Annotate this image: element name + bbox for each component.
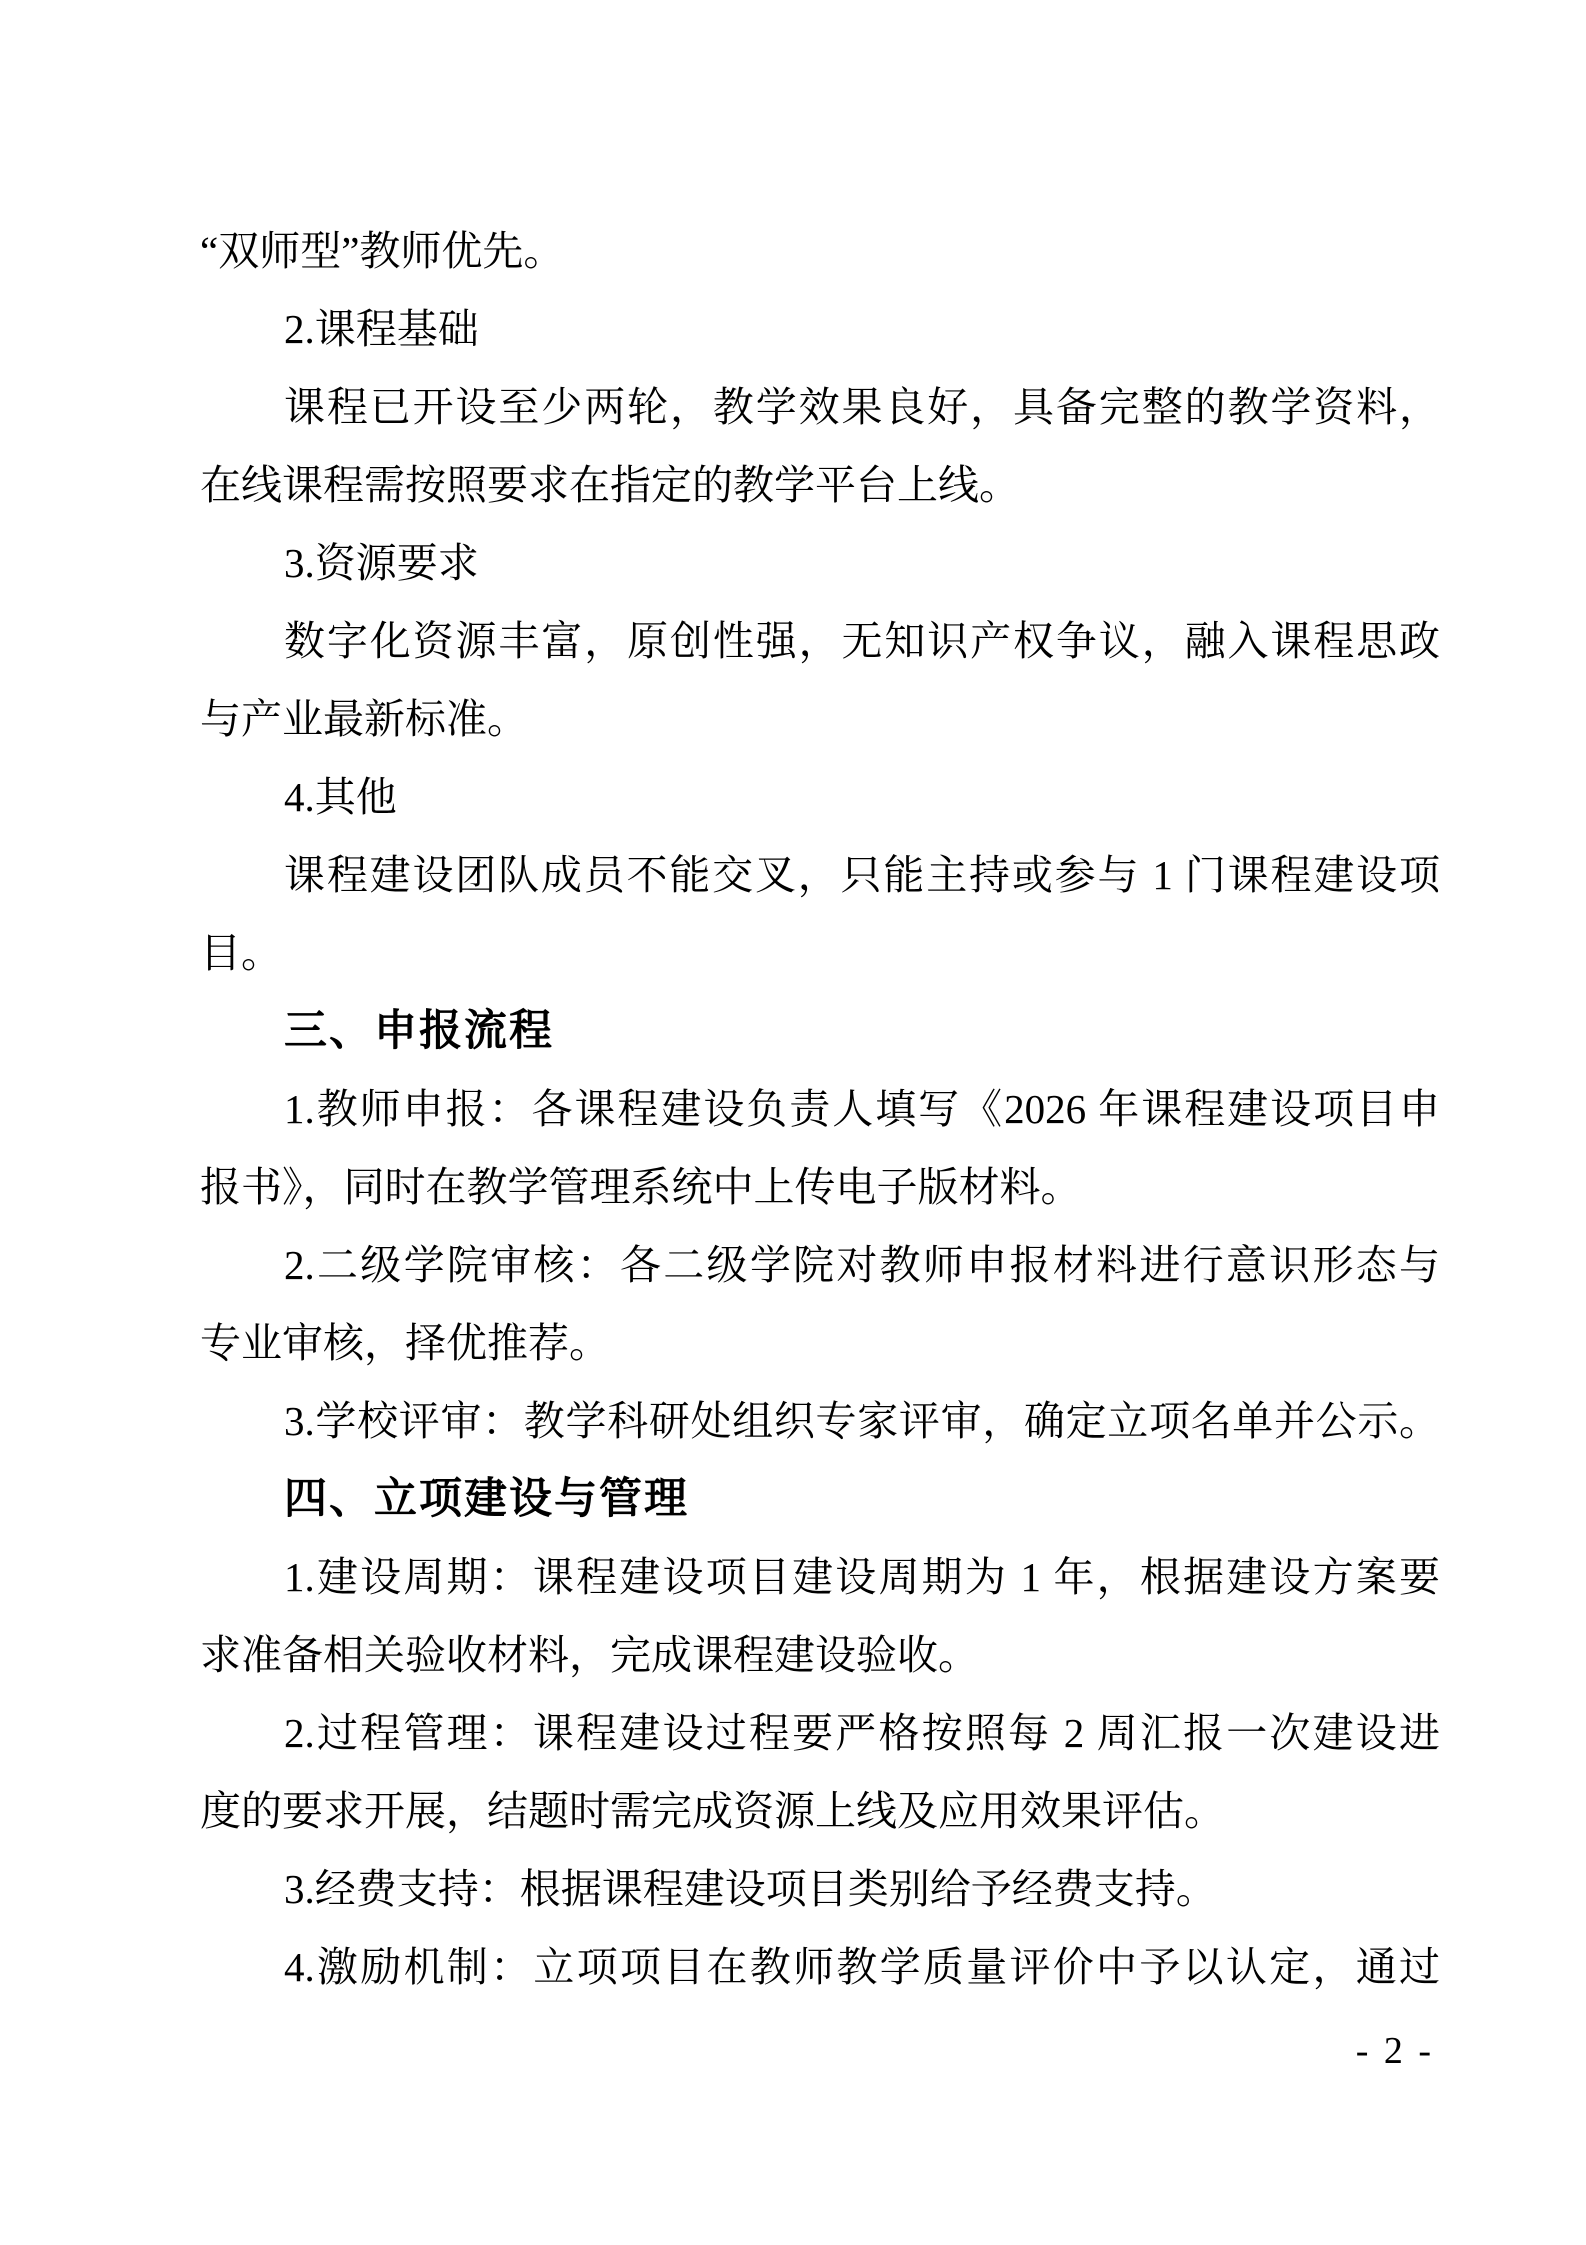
document-line: 报书》，同时在教学管理系统中上传电子版材料。: [200, 1148, 1440, 1226]
document-line: 目。: [200, 914, 1440, 992]
document-body: “双师型”教师优先。2.课程基础课程已开设至少两轮，教学效果良好，具备完整的教学…: [200, 212, 1440, 2006]
document-line: 数字化资源丰富，原创性强，无知识产权争议，融入课程思政: [200, 602, 1440, 680]
document-line: 1.建设周期：课程建设项目建设周期为 1 年，根据建设方案要: [200, 1538, 1440, 1616]
document-line: 3.学校评审：教学科研处组织专家评审，确定立项名单并公示。: [200, 1382, 1440, 1460]
document-line: 2.课程基础: [200, 290, 1440, 368]
document-line: 3.经费支持：根据课程建设项目类别给予经费支持。: [200, 1850, 1440, 1928]
document-line: 1.教师申报：各课程建设负责人填写《2026 年课程建设项目申: [200, 1070, 1440, 1148]
section-heading: 三、申报流程: [200, 992, 1440, 1070]
document-line: 2.过程管理：课程建设过程要严格按照每 2 周汇报一次建设进: [200, 1694, 1440, 1772]
page-number: - 2 -: [1356, 2026, 1434, 2076]
document-line: 4.激励机制：立项项目在教师教学质量评价中予以认定，通过: [200, 1928, 1440, 2006]
document-line: 3.资源要求: [200, 524, 1440, 602]
document-line: 与产业最新标准。: [200, 680, 1440, 758]
document-page: “双师型”教师优先。2.课程基础课程已开设至少两轮，教学效果良好，具备完整的教学…: [0, 0, 1586, 2245]
document-line: 2.二级学院审核：各二级学院对教师申报材料进行意识形态与: [200, 1226, 1440, 1304]
document-line: 课程已开设至少两轮，教学效果良好，具备完整的教学资料，: [200, 368, 1440, 446]
document-line: 在线课程需按照要求在指定的教学平台上线。: [200, 446, 1440, 524]
document-line: 4.其他: [200, 758, 1440, 836]
section-heading: 四、立项建设与管理: [200, 1460, 1440, 1538]
document-line: 求准备相关验收材料，完成课程建设验收。: [200, 1616, 1440, 1694]
document-line: 课程建设团队成员不能交叉，只能主持或参与 1 门课程建设项: [200, 836, 1440, 914]
document-line: 度的要求开展，结题时需完成资源上线及应用效果评估。: [200, 1772, 1440, 1850]
document-line: “双师型”教师优先。: [200, 212, 1440, 290]
document-line: 专业审核，择优推荐。: [200, 1304, 1440, 1382]
